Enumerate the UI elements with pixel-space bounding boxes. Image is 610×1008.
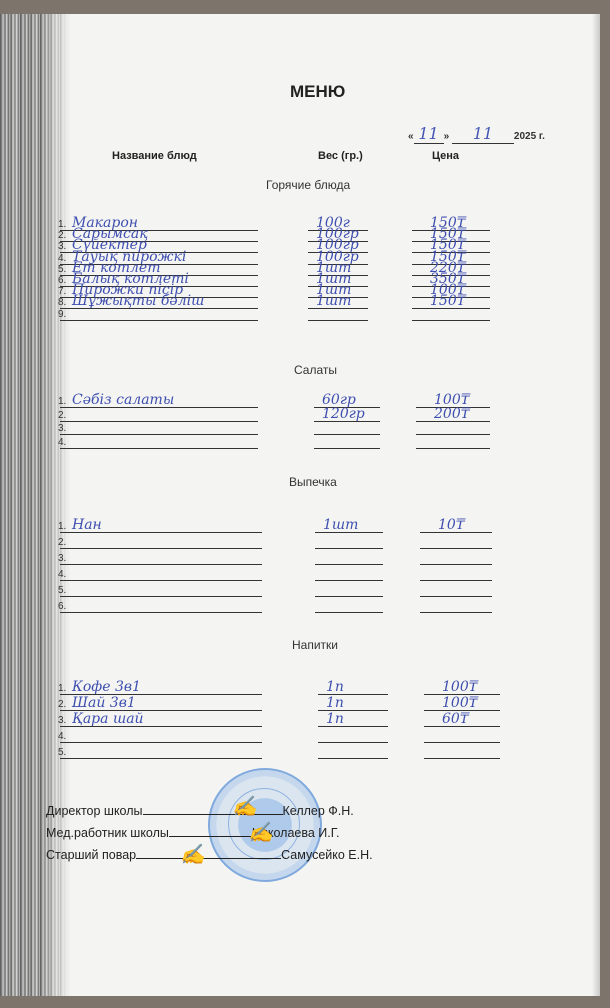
dish-price: 100₸ [442,680,478,694]
weight-line [315,564,383,565]
row-number: 5. [58,747,66,996]
dish-weight: 1шт [316,294,351,308]
section-title: Салаты [294,363,337,377]
dish-name: Шай 3в1 [72,696,136,710]
signature-mark-chef: ✍ [180,842,205,866]
weight-line [315,612,383,613]
column-header-price: Цена [432,150,459,162]
dish-weight: 1п [326,696,344,710]
name-line [60,448,258,449]
dish-name: Сәбіз салаты [72,393,174,407]
name-line [60,596,262,597]
dish-price: 10₸ [438,518,465,532]
name-line [60,320,258,321]
menu-document: МЕНЮ «11» 112025 г. Название блюд Вес (г… [0,14,600,996]
weight-line [318,758,388,759]
signature-mark-medic: ✍ [248,820,273,844]
weight-line [314,448,380,449]
dish-weight: 1п [326,680,344,694]
price-line [420,596,492,597]
name-line [60,421,258,422]
name-line [60,742,262,743]
menu-date: «11» 112025 г. [408,124,545,144]
date-year: 2025 г. [514,131,545,142]
weight-line [315,580,383,581]
price-line [420,612,492,613]
price-line [412,320,490,321]
price-line [424,758,500,759]
name-line [60,564,262,565]
dish-name: Шұжықты бәліш [72,294,204,308]
signature-medic: Мед.работник школыНиколаева И.Г. [46,826,339,840]
price-line [420,548,492,549]
weight-line [318,742,388,743]
section-title: Горячие блюда [266,178,350,192]
dish-weight: 1шт [323,518,358,532]
price-line [416,448,490,449]
column-header-weight: Вес (гр.) [318,150,363,162]
signature-director: Директор школыКеллер Ф.Н. [46,804,354,818]
dish-name: Нан [72,518,102,532]
name-line [60,548,262,549]
section-title: Выпечка [289,475,337,489]
page-title: МЕНЮ [290,82,345,102]
name-line [60,580,262,581]
name-line [60,612,262,613]
dish-price: 200₸ [434,407,470,421]
price-line [424,742,500,743]
signature-chef: Старший поварСамусейко Е.Н. [46,848,373,862]
weight-line [315,596,383,597]
weight-line [308,320,368,321]
name-line [60,434,258,435]
dish-weight: 60гр [322,393,356,407]
dish-price: 100₸ [442,696,478,710]
dish-weight: 120гр [322,407,365,421]
dish-price: 150₸ [430,294,466,308]
column-header-name: Название блюд [112,150,197,162]
dish-weight: 1п [326,712,344,726]
date-month: 11 [452,124,514,144]
section-title: Напитки [292,638,338,652]
dish-name: Кофе 3в1 [72,680,141,694]
dish-name: Қара шай [72,712,144,726]
dish-price: 100₸ [434,393,470,407]
name-line [60,758,262,759]
weight-line [314,434,380,435]
date-day: 11 [414,124,444,144]
price-line [420,564,492,565]
page-edge-shadow [592,14,600,996]
signature-mark-director: ✍ [232,794,257,818]
price-line [420,580,492,581]
weight-line [315,548,383,549]
price-line [416,434,490,435]
dish-price: 60₸ [442,712,469,726]
